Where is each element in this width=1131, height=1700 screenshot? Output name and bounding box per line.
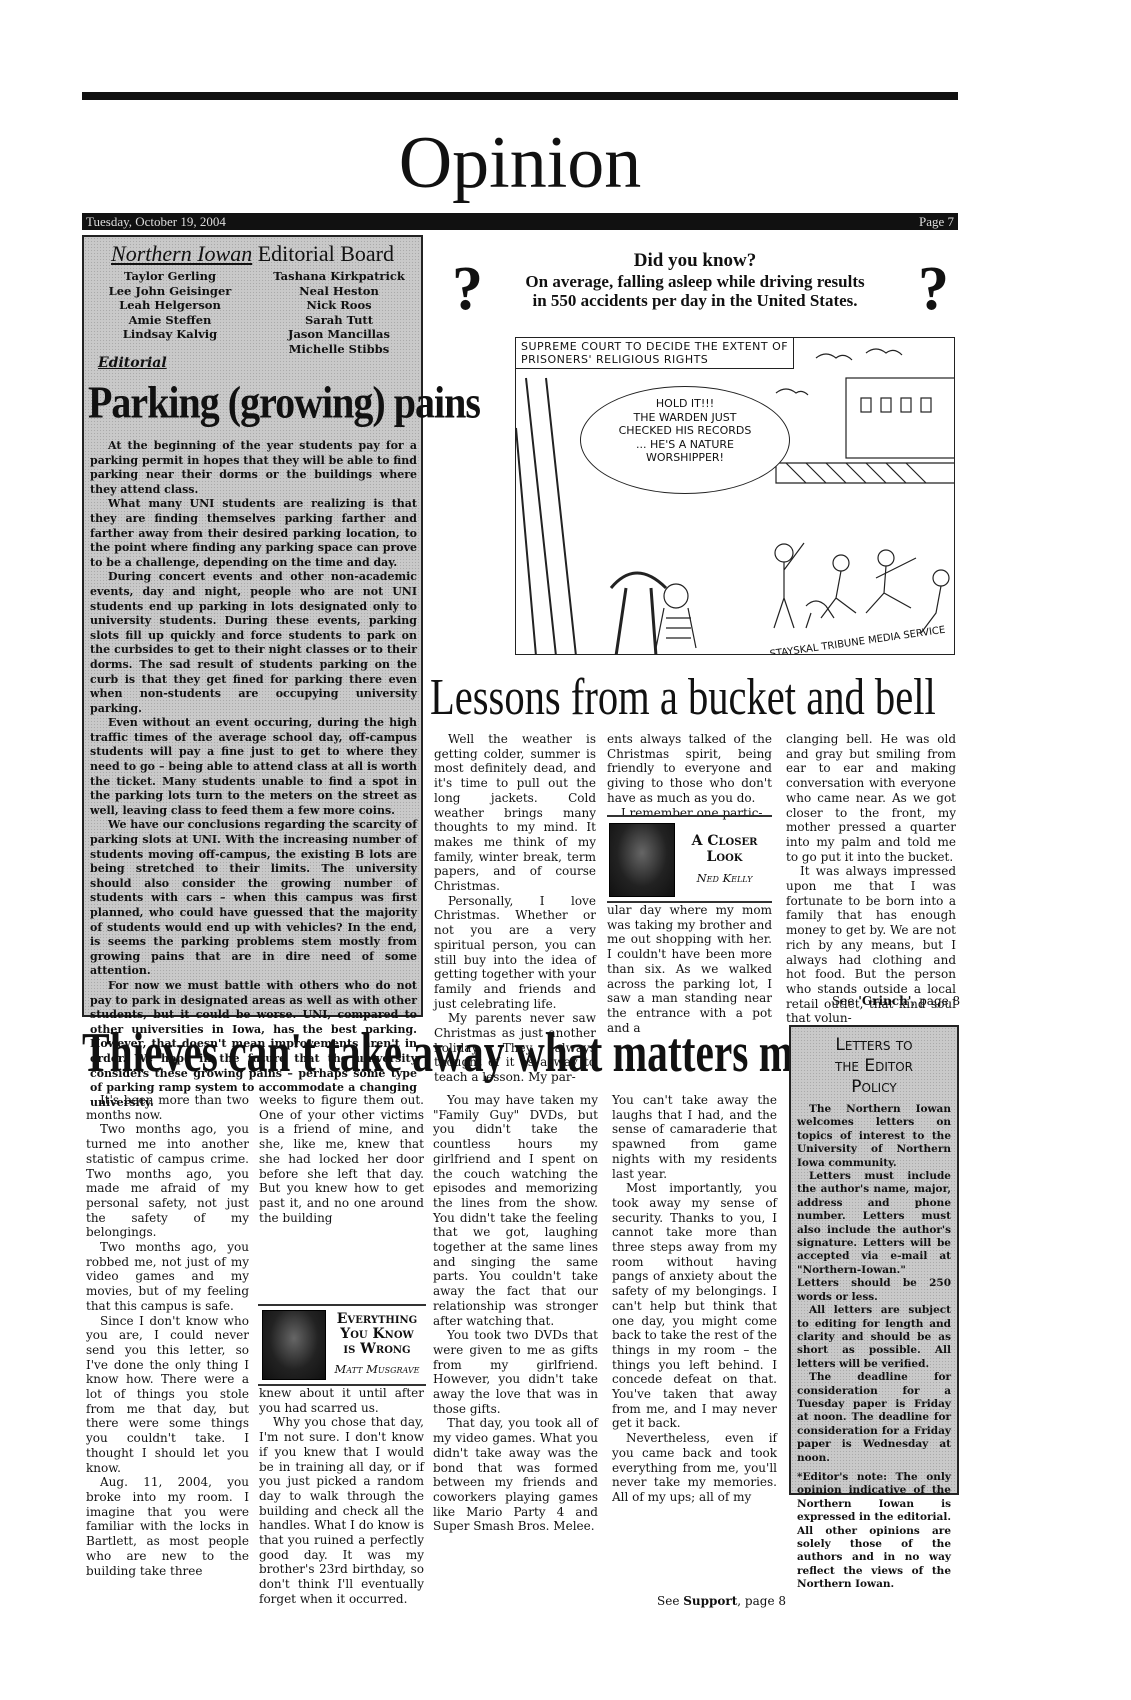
editorial-box: Northern Iowan Editorial Board Taylor Ge… [82, 235, 423, 1017]
lessons-headline: Lessons from a bucket and bell [430, 670, 840, 726]
column-name: A Closer Look [677, 833, 772, 865]
column-sig-a-closer-look: A Closer Look Ned Kelly [607, 815, 772, 903]
section-title: Opinion [82, 118, 958, 208]
letters-policy-box: Letters to the Editor Policy The Norther… [789, 1025, 959, 1495]
letters-policy-body: The Northern Iowan welcomes letters on t… [797, 1103, 951, 1592]
editorial-body: At the beginning of the year students pa… [90, 439, 417, 1110]
lessons-column-2-bottom: ular day where my mom was taking my brot… [607, 903, 772, 1035]
letters-policy-title: Letters to the Editor Policy [791, 1035, 957, 1098]
column-author: Ned Kelly [677, 871, 772, 885]
column-author: Matt Musgrave [328, 1362, 426, 1376]
top-rule [82, 92, 958, 100]
cartoon-caption: SUPREME COURT TO DECIDE THE EXTENT OF PR… [516, 338, 794, 369]
editorial-cartoon: SUPREME COURT TO DECIDE THE EXTENT OF PR… [515, 337, 955, 655]
author-photo [262, 1310, 326, 1380]
thieves-column-2-bottom: knew about it until after you had scarre… [259, 1386, 424, 1607]
did-you-know: Did you know? On average, falling asleep… [440, 250, 950, 310]
editorial-board-title: Northern Iowan Editorial Board [84, 241, 421, 267]
issue-date: Tuesday, October 19, 2004 [86, 213, 226, 230]
editors-note: *Editor's note: The only opinion indicat… [797, 1471, 951, 1592]
board-names-right: Tashana Kirkpatrick Neal Heston Nick Roo… [264, 269, 414, 356]
thieves-column-1: It's been more than two months now. Two … [86, 1093, 249, 1578]
thieves-headline: Thieves can't take away what matters mos… [82, 1022, 600, 1084]
page-number: Page 7 [919, 213, 954, 230]
author-photo [609, 823, 675, 897]
speech-bubble: HOLD IT!!! THE WARDEN JUST CHECKED HIS R… [580, 386, 790, 494]
column-name: Everything You Know is Wrong [328, 1312, 426, 1357]
lessons-column-3: clanging bell. He was old and gray but s… [786, 732, 956, 1026]
jump-link-support[interactable]: See Support, page 8 [657, 1594, 786, 1608]
date-bar: Tuesday, October 19, 2004 Page 7 [82, 213, 958, 230]
thieves-column-4: You can't take away the laughs that I ha… [612, 1093, 777, 1505]
thieves-column-3: You may have taken my "Family Guy" DVDs,… [433, 1093, 598, 1534]
board-names-left: Taylor Gerling Lee John Geisinger Leah H… [100, 269, 240, 342]
lessons-column-2-top: ents always talked of the Christmas spir… [607, 732, 772, 820]
jump-link-grinch[interactable]: See 'Grinch', page 8 [832, 994, 960, 1008]
thieves-column-2-top: weeks to figure them out. One of your ot… [259, 1093, 424, 1225]
editorial-label: Editorial [98, 355, 167, 371]
column-sig-everything-you-know: Everything You Know is Wrong Matt Musgra… [258, 1304, 426, 1386]
cartoon-drawing-icon [516, 338, 955, 655]
editorial-headline: Parking (growing) pains [88, 377, 421, 428]
